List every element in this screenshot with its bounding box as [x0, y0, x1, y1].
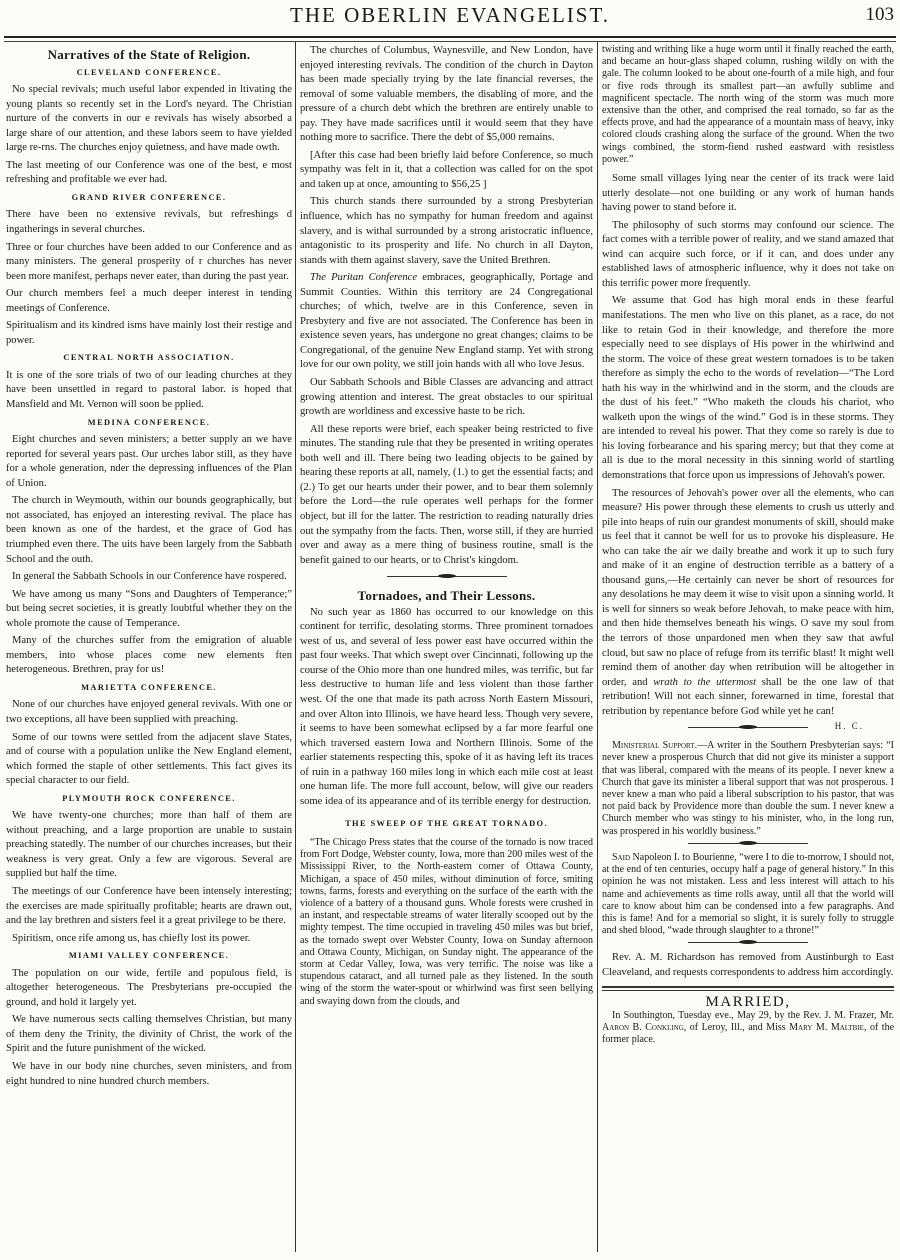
paragraph: Three or four churches have been added t…	[0, 241, 292, 285]
masthead: THE OBERLIN EVANGELIST. 103	[0, 0, 900, 34]
newspaper-title: THE OBERLIN EVANGELIST.	[0, 3, 900, 28]
section-heading: CENTRAL NORTH ASSOCIATION.	[6, 351, 292, 366]
ornamental-divider	[688, 843, 808, 846]
paragraph: We have twenty-one churches; more than h…	[0, 809, 292, 882]
paragraph: The philosophy of such storms may confou…	[602, 219, 894, 292]
paragraph: It is one of the sore trials of two of o…	[0, 369, 292, 413]
paragraph: Our Sabbath Schools and Bible Classes ar…	[300, 376, 593, 420]
ornamental-divider	[387, 576, 507, 579]
paragraph: All these reports were brief, each speak…	[300, 423, 593, 568]
item-lead: Said	[612, 852, 630, 863]
bride-name: Mary M. Maltbie	[789, 1022, 864, 1033]
paragraph: No special revivals; much useful labor e…	[0, 83, 292, 156]
header-rule	[4, 36, 896, 42]
paragraph: Eight churches and seven ministers; a be…	[0, 433, 292, 491]
column-2: The churches of Columbus, Waynesville, a…	[300, 44, 593, 1011]
item-text: —A writer in the Southern Presbyterian s…	[602, 740, 894, 836]
item-text: Napoleon I. to Bourienne, “were I to die…	[602, 852, 894, 936]
paragraph: Many of the churches suffer from the emi…	[0, 634, 292, 678]
section-rule	[602, 986, 894, 991]
page-number: 103	[866, 4, 895, 26]
married-notice: In Southington, Tuesday eve., May 29, by…	[602, 1010, 894, 1047]
paragraph-text: embraces, geographically, Portage and Su…	[300, 272, 593, 370]
paragraph: Some of our towns were settled from the …	[0, 731, 292, 789]
item-lead: Ministerial Support.	[612, 740, 697, 751]
section-heading: GRAND RIVER CONFERENCE.	[6, 191, 292, 206]
groom-name: Aaron B. Conkling	[602, 1022, 684, 1033]
paragraph: Spiritualism and its kindred isms have m…	[0, 319, 292, 348]
section-heading: MEDINA CONFERENCE.	[6, 416, 292, 431]
paragraph: In general the Sabbath Schools in our Co…	[0, 570, 292, 585]
paragraph: We have among us many “Sons and Daughter…	[0, 588, 292, 632]
paragraph: The church in Weymouth, within our bound…	[0, 494, 292, 567]
paragraph: The population on our wide, fertile and …	[0, 967, 292, 1011]
paragraph: Our church members feel a much deeper in…	[0, 287, 292, 316]
paragraph: The resources of Jehovah's power over al…	[602, 487, 894, 720]
article-headline: Narratives of the State of Religion.	[6, 48, 292, 63]
column-1: Narratives of the State of Religion. CLE…	[0, 44, 292, 1092]
paragraph: This church stands there surrounded by a…	[300, 195, 593, 268]
paragraph: The last meeting of our Conference was o…	[0, 159, 292, 188]
paragraph: There have been no extensive revivals, b…	[0, 208, 292, 237]
puritan-paragraph: The Puritan Conference embraces, geograp…	[300, 271, 593, 373]
quoted-paragraph: twisting and writhing like a huge worm u…	[602, 44, 894, 166]
paragraph: We assume that God has high moral ends i…	[602, 294, 894, 483]
notice-text: In Southington, Tuesday eve., May 29, by…	[612, 1010, 894, 1021]
paragraph: Spiritism, once rife among us, has chief…	[0, 932, 292, 947]
section-heading: PLYMOUTH ROCK CONFERENCE.	[6, 792, 292, 807]
section-heading: THE SWEEP OF THE GREAT TORNADO.	[300, 817, 593, 832]
paragraph: We have numerous sects calling themselve…	[0, 1013, 292, 1057]
paragraph: Some small villages lying near the cente…	[602, 172, 894, 216]
section-heading: MARIETTA CONFERENCE.	[6, 681, 292, 696]
paragraph: The meetings of our Conference have been…	[0, 885, 292, 929]
column-divider	[295, 42, 296, 1252]
section-heading: MIAMI VALLEY CONFERENCE.	[6, 949, 292, 964]
article-headline: Tornadoes, and Their Lessons.	[300, 589, 593, 604]
column-divider	[597, 42, 598, 1252]
paragraph: We have in our body nine churches, seven…	[0, 1060, 292, 1089]
paragraph: The churches of Columbus, Waynesville, a…	[300, 44, 593, 146]
napoleon-item: Said Napoleon I. to Bourienne, “were I t…	[602, 852, 894, 937]
author-signature: H. C.	[825, 719, 864, 734]
notice-text: , of Leroy, Ill., and Miss	[684, 1022, 789, 1033]
notice-paragraph: Rev. A. M. Richardson has removed from A…	[602, 951, 894, 980]
paragraph: No such year as 1860 has occurred to our…	[300, 606, 593, 810]
paragraph-text: The resources of Jehovah's power over al…	[602, 488, 894, 688]
ornamental-divider	[688, 942, 808, 945]
quoted-paragraph: “The Chicago Press states that the cours…	[300, 837, 593, 1008]
column-3: twisting and writhing like a huge worm u…	[602, 44, 894, 1050]
italic-phrase: wrath to the uttermost	[653, 677, 756, 688]
married-heading: MARRIED,	[602, 995, 894, 1010]
ornamental-divider	[688, 727, 808, 730]
italic-lead: The Puritan Conference	[310, 272, 417, 283]
paragraph: None of our churches have enjoyed genera…	[0, 698, 292, 727]
ministerial-support-item: Ministerial Support.—A writer in the Sou…	[602, 740, 894, 838]
section-heading: CLEVELAND CONFERENCE.	[6, 66, 292, 81]
paragraph: [After this case had been briefly laid b…	[300, 149, 593, 193]
